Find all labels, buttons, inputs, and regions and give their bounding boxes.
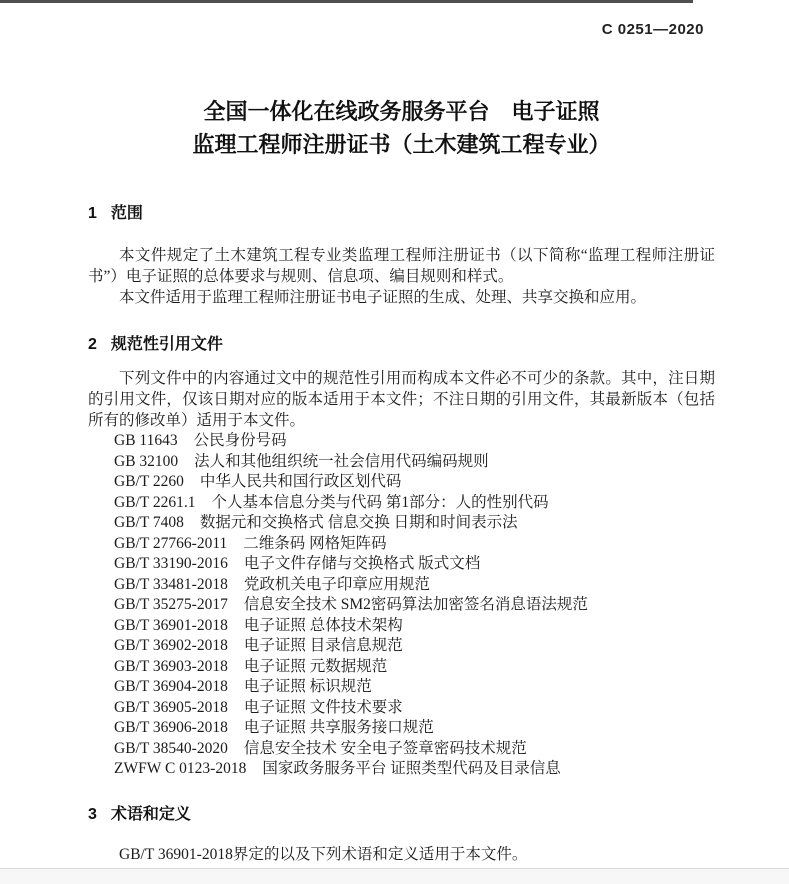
reference-title: 党政机关电子印章应用规范 — [244, 576, 430, 593]
reference-title: 国家政务服务平台 证照类型代码及目录信息 — [262, 760, 560, 777]
section-1-heading: 1范围 — [88, 203, 715, 225]
reference-code: GB/T 36906-2018 — [114, 719, 228, 736]
paragraph: 下列文件中的内容通过文中的规范性引用而构成本文件必不可少的条款。其中，注日期的引… — [88, 368, 715, 431]
reference-code: GB/T 36904-2018 — [114, 678, 228, 695]
reference-code: GB/T 33481-2018 — [114, 576, 228, 593]
reference-item: GB/T 35275-2017信息安全技术 SM2密码算法加密签名消息语法规范 — [114, 595, 715, 616]
reference-item: GB/T 2260中华人民共和国行政区划代码 — [114, 472, 715, 493]
reference-code: GB/T 2261.1 — [114, 494, 196, 511]
section-3-title: 术语和定义 — [111, 806, 191, 823]
section-1-body: 本文件规定了土木建筑工程专业类监理工程师注册证书（以下简称“监理工程师注册证书”… — [88, 245, 715, 308]
section-1-number: 1 — [88, 205, 97, 222]
reference-item: ZWFW C 0123-2018国家政务服务平台 证照类型代码及目录信息 — [114, 759, 715, 780]
section-2-title: 规范性引用文件 — [111, 336, 223, 353]
reference-item: GB/T 27766-2011二维条码 网格矩阵码 — [114, 534, 715, 555]
section-3-body: GB/T 36901-2018界定的以及下列术语和定义适用于本文件。 — [88, 844, 715, 865]
reference-code: GB/T 7408 — [114, 514, 184, 531]
reference-item: GB/T 36901-2018电子证照 总体技术架构 — [114, 616, 715, 637]
reference-item: GB/T 36904-2018电子证照 标识规范 — [114, 677, 715, 698]
section-1-title: 范围 — [111, 205, 143, 222]
reference-item: GB/T 36905-2018电子证照 文件技术要求 — [114, 698, 715, 719]
reference-item: GB/T 36906-2018电子证照 共享服务接口规范 — [114, 718, 715, 739]
reference-title: 电子文件存储与交换格式 版式文档 — [244, 555, 480, 572]
paragraph: GB/T 36901-2018界定的以及下列术语和定义适用于本文件。 — [88, 844, 715, 865]
section-3-heading: 3术语和定义 — [88, 804, 715, 826]
reference-title: 中华人民共和国行政区划代码 — [200, 473, 402, 490]
reference-code: GB/T 27766-2011 — [114, 535, 227, 552]
reference-item: GB/T 38540-2020信息安全技术 安全电子签章密码技术规范 — [114, 739, 715, 760]
section-2-body: 下列文件中的内容通过文中的规范性引用而构成本文件必不可少的条款。其中，注日期的引… — [88, 368, 715, 780]
reference-code: GB/T 38540-2020 — [114, 740, 228, 757]
reference-item: GB/T 7408数据元和交换格式 信息交换 日期和时间表示法 — [114, 513, 715, 534]
page-bottom-gap — [0, 868, 789, 884]
reference-code: GB/T 2260 — [114, 473, 184, 490]
paragraph: 本文件适用于监理工程师注册证书电子证照的生成、处理、共享交换和应用。 — [88, 287, 715, 308]
reference-item: GB/T 36903-2018电子证照 元数据规范 — [114, 657, 715, 678]
reference-code: GB 32100 — [114, 453, 178, 470]
reference-title: 电子证照 元数据规范 — [244, 658, 387, 675]
reference-title: 数据元和交换格式 信息交换 日期和时间表示法 — [200, 514, 518, 531]
reference-item: GB/T 33190-2016电子文件存储与交换格式 版式文档 — [114, 554, 715, 575]
reference-code: GB/T 36903-2018 — [114, 658, 228, 675]
section-2-number: 2 — [88, 336, 97, 353]
reference-code: GB/T 35275-2017 — [114, 596, 228, 613]
reference-item: GB/T 2261.1个人基本信息分类与代码 第1部分：人的性别代码 — [114, 493, 715, 514]
reference-item: GB 32100法人和其他组织统一社会信用代码编码规则 — [114, 452, 715, 473]
references-list: GB 11643公民身份号码 GB 32100法人和其他组织统一社会信用代码编码… — [114, 431, 715, 780]
reference-title: 电子证照 文件技术要求 — [244, 699, 403, 716]
reference-title: 电子证照 目录信息规范 — [244, 637, 403, 654]
reference-title: 二维条码 网格矩阵码 — [243, 535, 386, 552]
reference-title: 个人基本信息分类与代码 第1部分：人的性别代码 — [212, 494, 549, 511]
reference-item: GB/T 36902-2018电子证照 目录信息规范 — [114, 636, 715, 657]
reference-title: 电子证照 共享服务接口规范 — [244, 719, 434, 736]
reference-title: 电子证照 总体技术架构 — [244, 617, 403, 634]
page-content: 全国一体化在线政务服务平台 电子证照 监理工程师注册证书（土木建筑工程专业） 1… — [88, 0, 715, 865]
section-3-number: 3 — [88, 806, 97, 823]
document-title-line-2: 监理工程师注册证书（土木建筑工程专业） — [192, 132, 610, 157]
reference-code: GB/T 36905-2018 — [114, 699, 228, 716]
paragraph: 本文件规定了土木建筑工程专业类监理工程师注册证书（以下简称“监理工程师注册证书”… — [88, 245, 715, 287]
reference-item: GB/T 33481-2018党政机关电子印章应用规范 — [114, 575, 715, 596]
document-page: { "page": { "doc_code": "C 0251—2020", "… — [0, 0, 789, 884]
reference-code: GB/T 33190-2016 — [114, 555, 228, 572]
reference-code: ZWFW C 0123-2018 — [114, 760, 246, 777]
reference-code: GB/T 36901-2018 — [114, 617, 228, 634]
reference-title: 信息安全技术 安全电子签章密码技术规范 — [244, 740, 527, 757]
reference-title: 信息安全技术 SM2密码算法加密签名消息语法规范 — [244, 596, 588, 613]
document-title-line-1: 全国一体化在线政务服务平台 电子证照 — [203, 99, 599, 124]
reference-title: 法人和其他组织统一社会信用代码编码规则 — [194, 453, 489, 470]
reference-code: GB/T 36902-2018 — [114, 637, 228, 654]
reference-title: 电子证照 标识规范 — [244, 678, 372, 695]
reference-item: GB 11643公民身份号码 — [114, 431, 715, 452]
section-2-heading: 2规范性引用文件 — [88, 334, 715, 356]
reference-title: 公民身份号码 — [194, 432, 287, 449]
document-title: 全国一体化在线政务服务平台 电子证照 监理工程师注册证书（土木建筑工程专业） — [88, 95, 715, 161]
reference-code: GB 11643 — [114, 432, 178, 449]
